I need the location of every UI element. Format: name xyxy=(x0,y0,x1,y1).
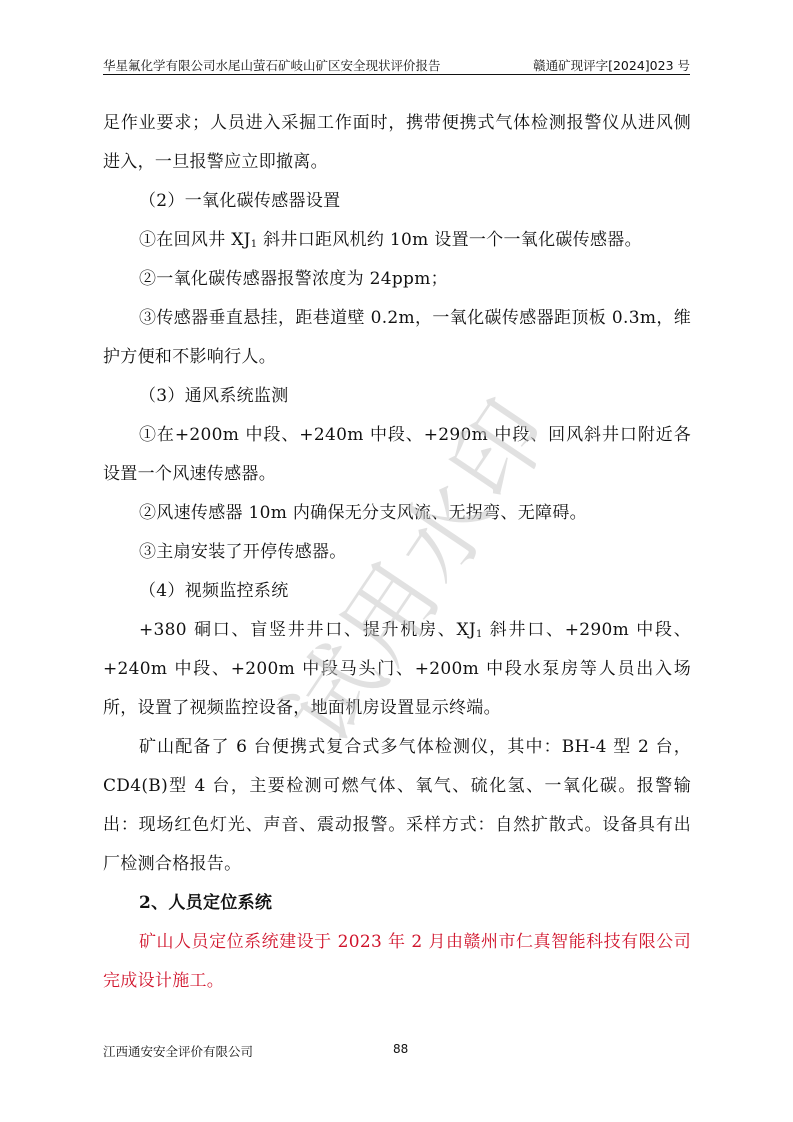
text-segment: +380 硐口、盲竖井井口、提升机房、XJ xyxy=(139,620,476,640)
header-divider xyxy=(103,74,690,75)
paragraph-fan-sensor: ③主扇安装了开停传感器。 xyxy=(103,533,691,572)
text-segment: 斜井口距风机约 10m 设置一个一氧化碳传感器。 xyxy=(257,230,641,250)
paragraph-wind-sensor-requirement: ②风速传感器 10m 内确保无分支风流、无拐弯、无障碍。 xyxy=(103,494,691,533)
header-report-title: 华星氟化学有限公司水尾山萤石矿岐山矿区安全现状评价报告 xyxy=(103,56,441,74)
page-header: 华星氟化学有限公司水尾山萤石矿岐山矿区安全现状评价报告 赣通矿现评字[2024]… xyxy=(103,56,690,74)
document-page: 华星氟化学有限公司水尾山萤石矿岐山矿区安全现状评价报告 赣通矿现评字[2024]… xyxy=(0,0,793,1122)
subscript: 1 xyxy=(476,629,483,640)
subheading-co-sensor: （2）一氧化碳传感器设置 xyxy=(103,182,691,221)
page-body: 足作业要求；人员进入采掘工作面时，携带便携式气体检测报警仪从进风侧进入，一旦报警… xyxy=(103,104,691,1001)
paragraph-co-alarm-threshold: ②一氧化碳传感器报警浓度为 24ppm； xyxy=(103,260,691,299)
subheading-video-monitoring: （4）视频监控系统 xyxy=(103,572,691,611)
page-number: 88 xyxy=(393,1042,408,1056)
section-heading-personnel-positioning: 2、人员定位系统 xyxy=(103,884,691,923)
paragraph-wind-sensor-location: ①在+200m 中段、+240m 中段、+290m 中段、回风斜井口附近各设置一… xyxy=(103,416,691,494)
paragraph-co-sensor-mounting: ③传感器垂直悬挂，距巷道壁 0.2m，一氧化碳传感器距顶板 0.3m，维护方便和… xyxy=(103,299,691,377)
paragraph-positioning-system-highlight: 矿山人员定位系统建设于 2023 年 2 月由赣州市仁真智能科技有限公司完成设计… xyxy=(103,923,691,1001)
header-report-number: 赣通矿现评字[2024]023 号 xyxy=(533,56,690,74)
paragraph-gas-detection: 足作业要求；人员进入采掘工作面时，携带便携式气体检测报警仪从进风侧进入，一旦报警… xyxy=(103,104,691,182)
paragraph-gas-detectors: 矿山配备了 6 台便携式复合式多气体检测仪，其中：BH-4 型 2 台，CD4(… xyxy=(103,728,691,884)
paragraph-video-locations: +380 硐口、盲竖井井口、提升机房、XJ1 斜井口、+290m 中段、+240… xyxy=(103,611,691,728)
text-segment: ①在回风井 XJ xyxy=(139,230,251,250)
paragraph-co-sensor-location: ①在回风井 XJ1 斜井口距风机约 10m 设置一个一氧化碳传感器。 xyxy=(103,221,691,260)
subheading-ventilation-monitoring: （3）通风系统监测 xyxy=(103,377,691,416)
footer-company: 江西通安安全评价有限公司 xyxy=(103,1042,253,1060)
